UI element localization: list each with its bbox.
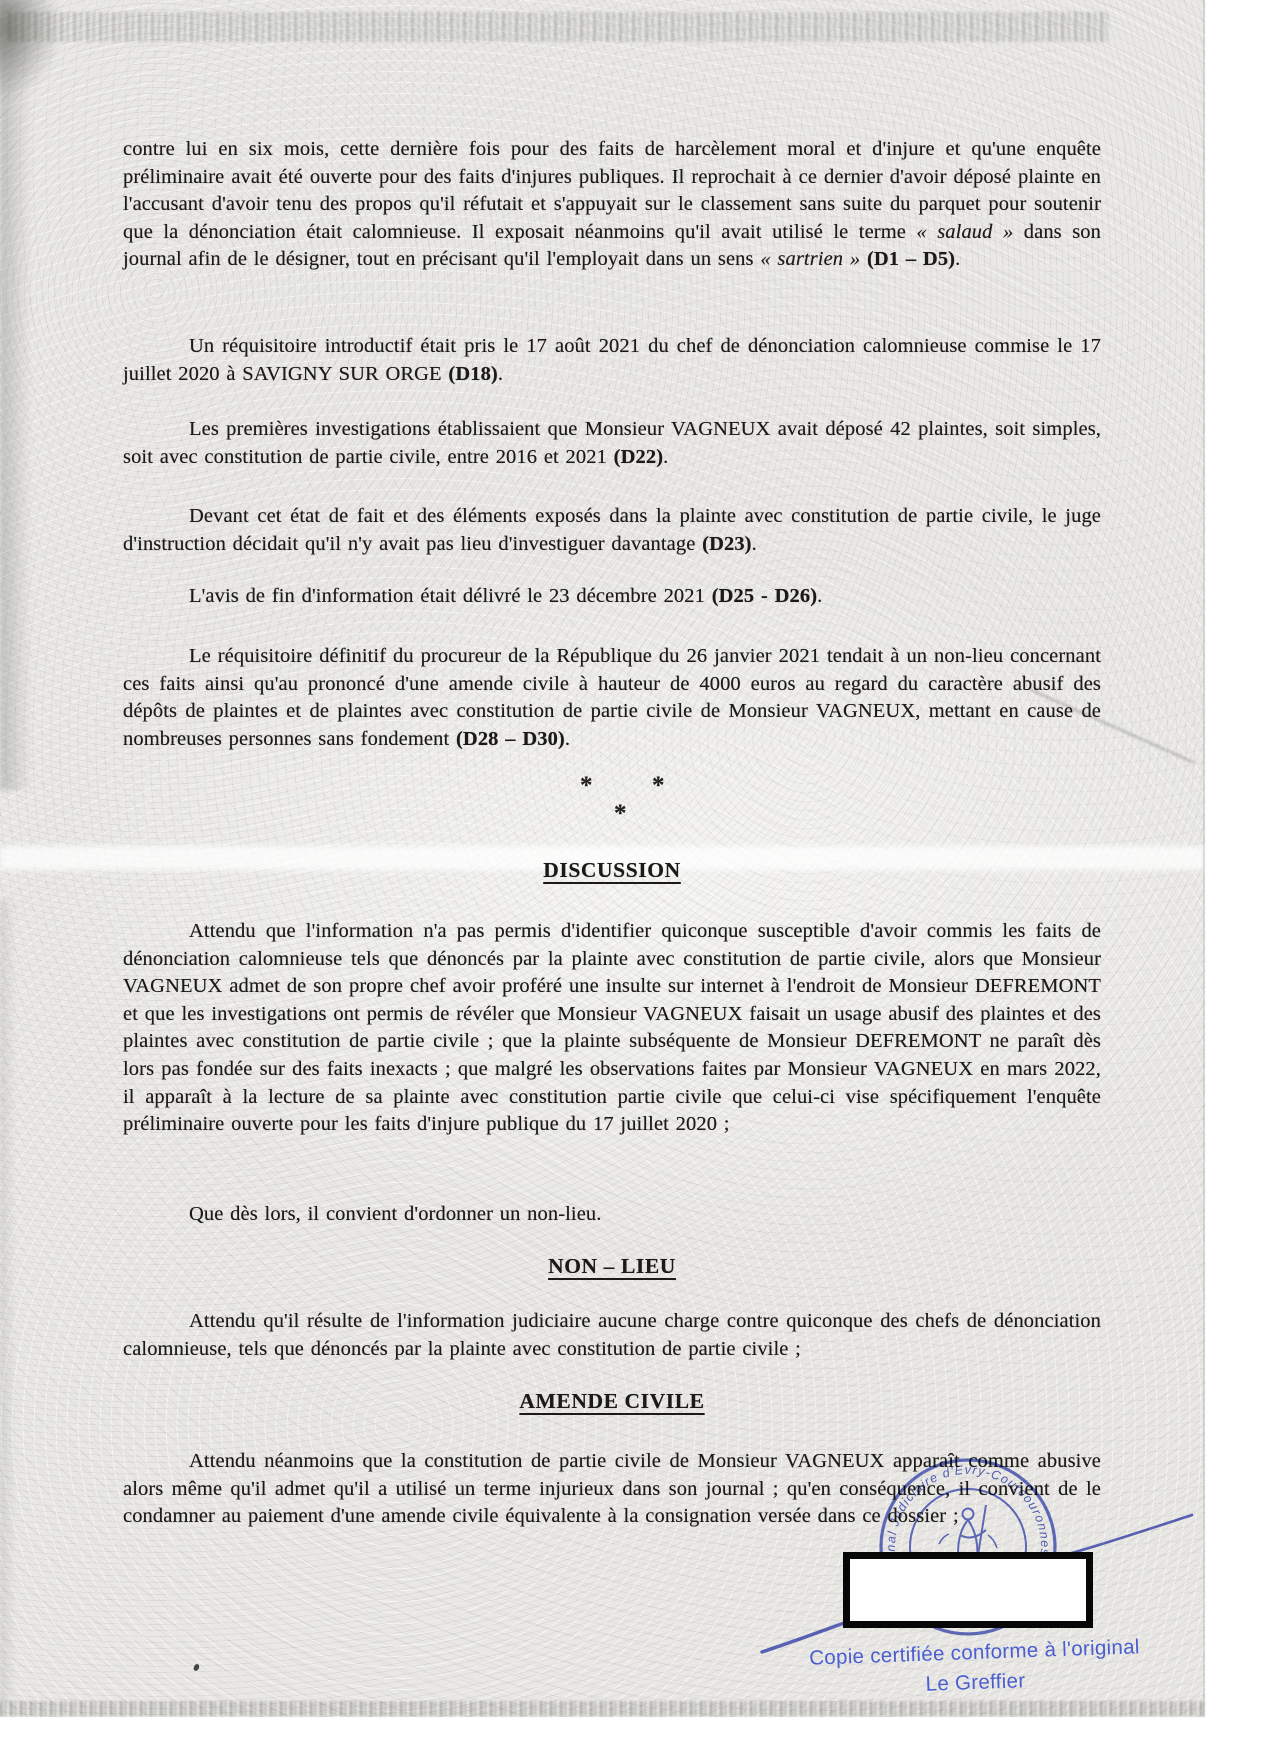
redaction-box — [843, 1552, 1093, 1628]
paragraph: Les premières investigations établissaie… — [123, 416, 1101, 471]
section-heading-amende-civile: AMENDE CIVILE — [123, 1389, 1101, 1414]
paragraph: Attendu que l'information n'a pas permis… — [123, 918, 1101, 1139]
paragraph: L'avis de fin d'information était délivr… — [123, 583, 1101, 611]
paragraph: Attendu qu'il résulte de l'information j… — [123, 1308, 1101, 1363]
bottom-edge-artifact — [0, 1701, 1205, 1716]
left-edge-artifact — [0, 0, 32, 790]
page-right-edge — [1203, 0, 1206, 1717]
paragraph: Que dès lors, il convient d'ordonner un … — [123, 1201, 1101, 1229]
certification-caption: Copie certifiée conforme à l'original Le… — [789, 1632, 1161, 1705]
asterisk-separator: * — [652, 772, 665, 800]
asterisk-separator: * — [580, 772, 593, 800]
top-edge-artifact — [8, 12, 1108, 42]
section-heading-non-lieu: NON – LIEU — [123, 1254, 1101, 1279]
paragraph: Un réquisitoire introductif était pris l… — [123, 333, 1101, 388]
page-scan: contre lui en six mois, cette dernière f… — [0, 0, 1205, 1717]
corner-blob-artifact — [0, 0, 62, 100]
paragraph: Le réquisitoire définitif du procureur d… — [123, 643, 1101, 753]
ink-speck — [193, 1663, 200, 1671]
section-heading-discussion: DISCUSSION — [123, 858, 1101, 883]
paragraph: contre lui en six mois, cette dernière f… — [123, 136, 1101, 274]
asterisk-separator: * — [614, 800, 627, 828]
paragraph: Devant cet état de fait et des éléments … — [123, 503, 1101, 558]
left-edge-artifact-lower — [0, 900, 16, 1700]
